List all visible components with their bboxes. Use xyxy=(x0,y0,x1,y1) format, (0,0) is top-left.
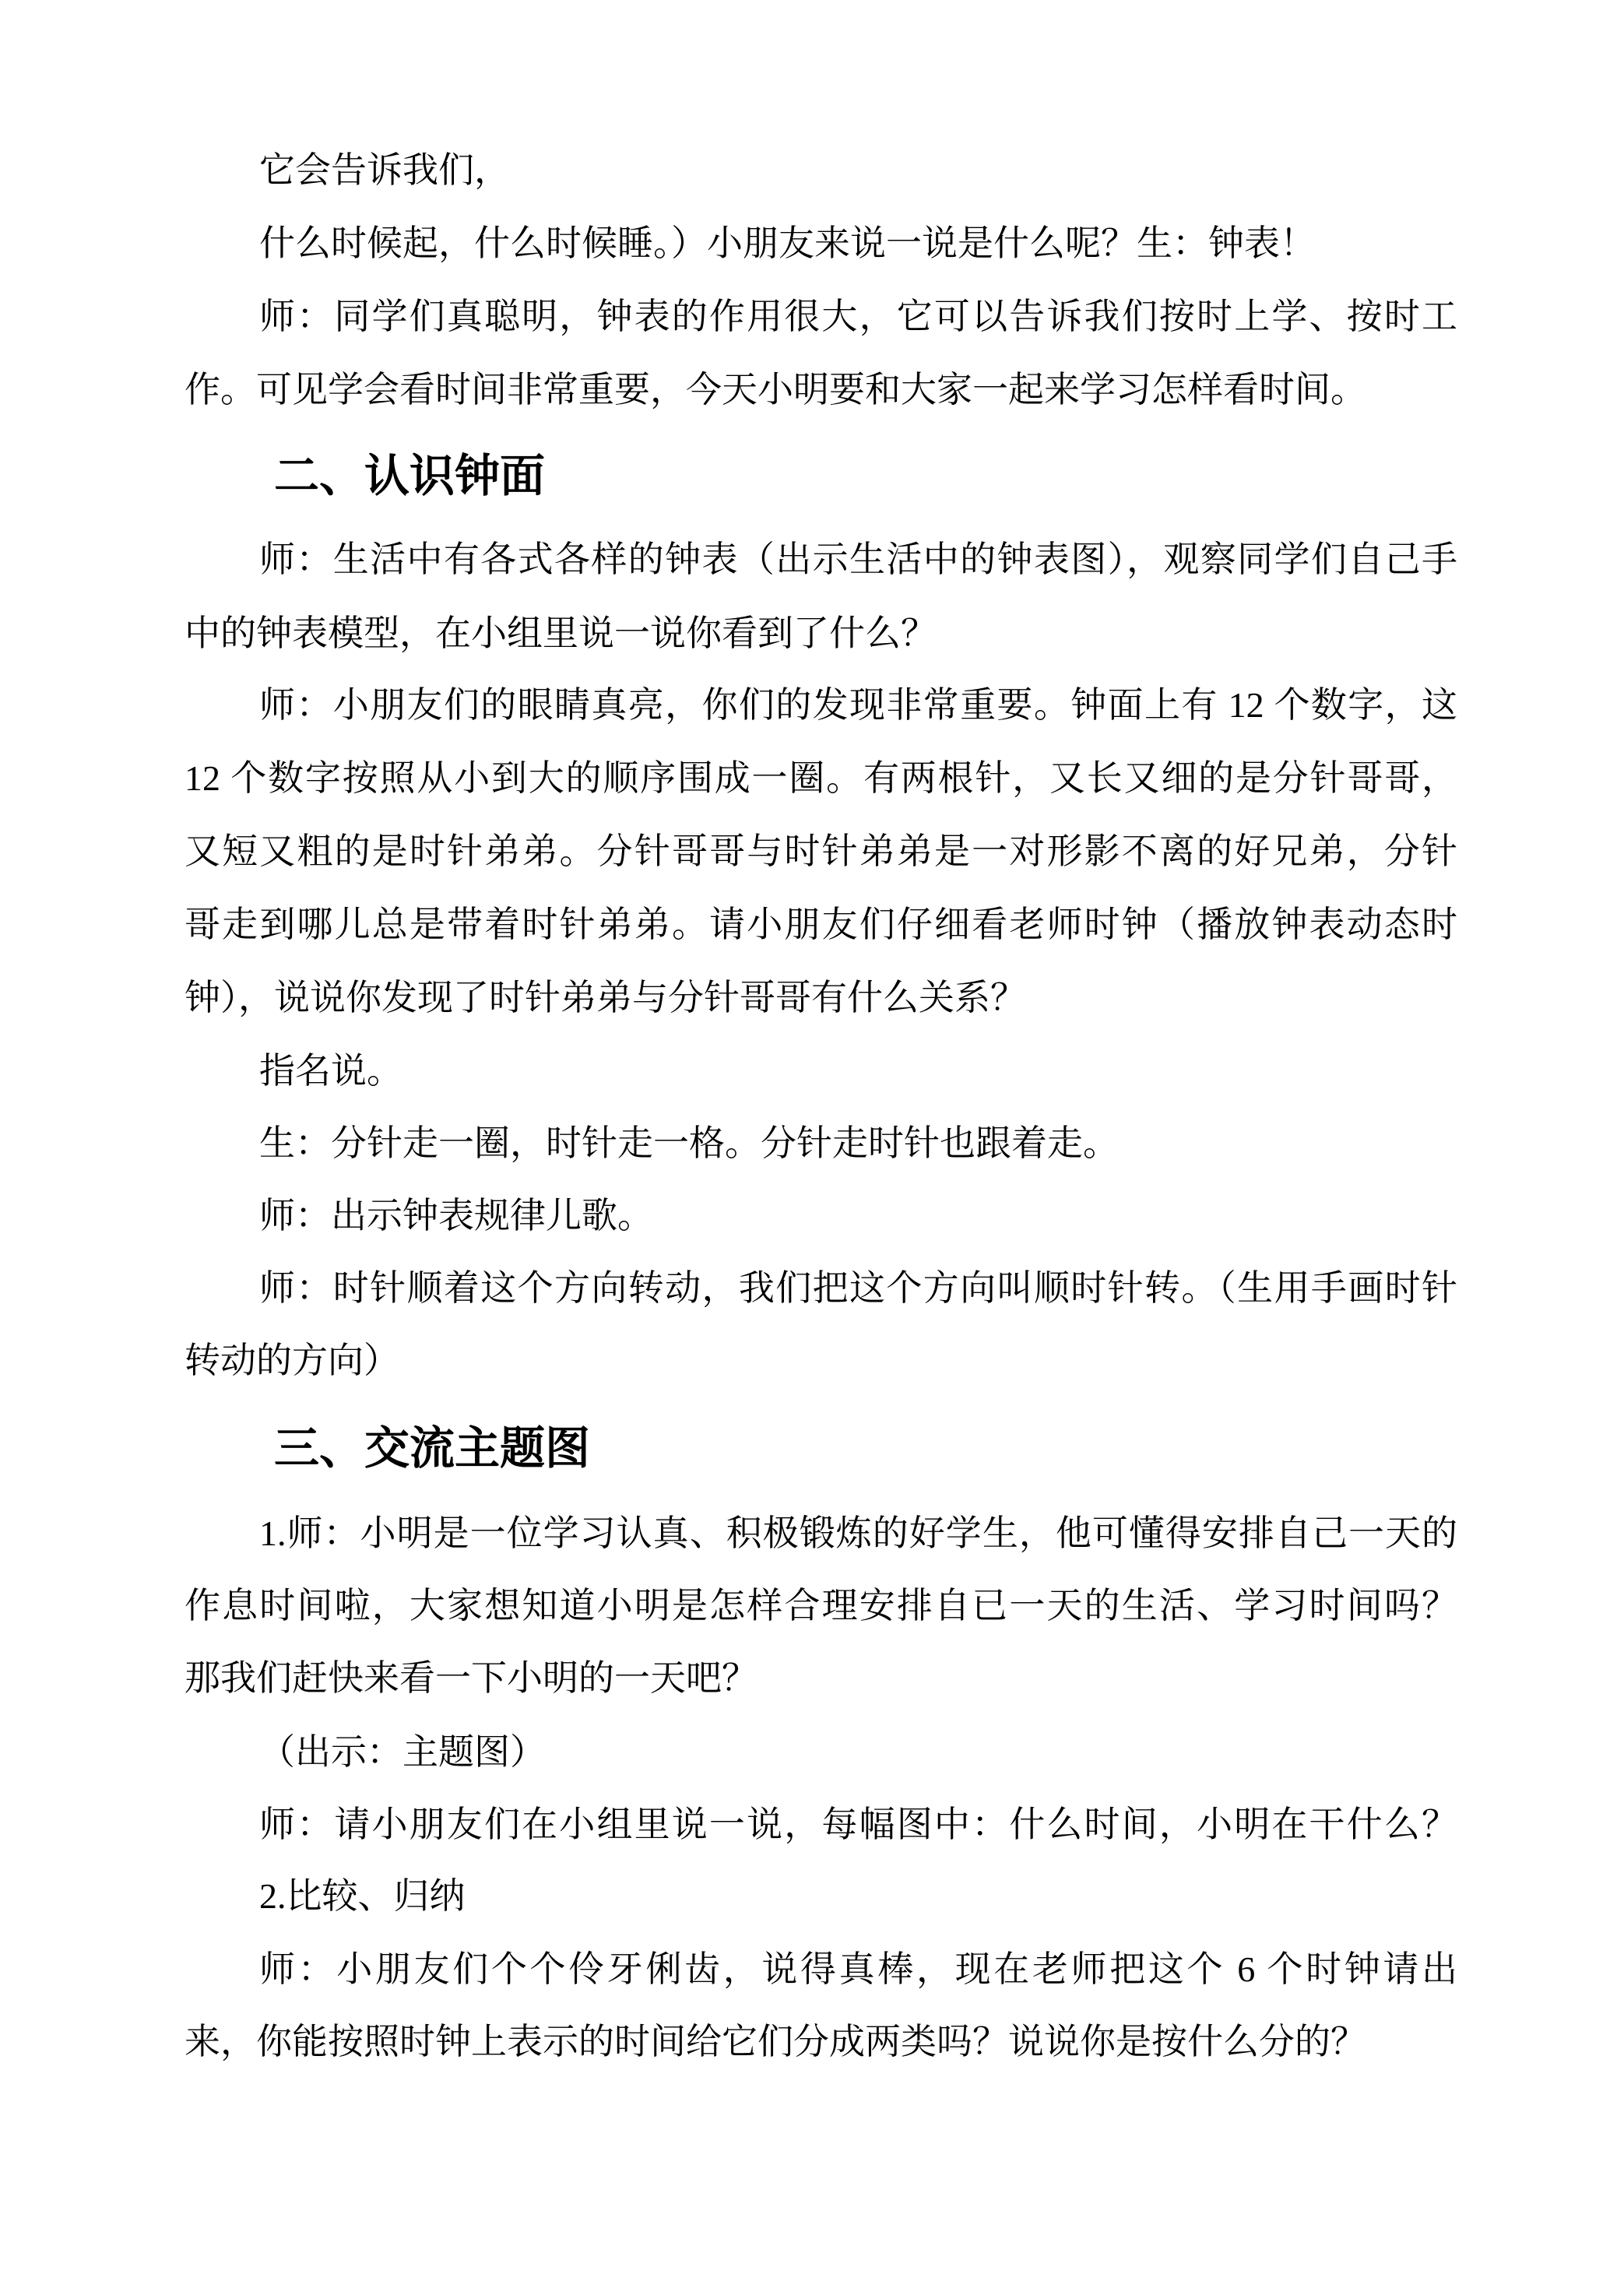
text-line: 又短又粗的是时针弟弟。分针哥哥与时针弟弟是一对形影不离的好兄弟，分针 xyxy=(185,828,1457,877)
document-page: 它会告诉我们， 什么时候起，什么时候睡。）小朋友来说一说是什么呢？生：钟表！ 师… xyxy=(0,0,1624,2295)
text-line: 那我们赶快来看一下小明的一天吧？ xyxy=(185,1655,758,1702)
text-line: 师：请小朋友们在小组里说一说，每幅图中：什么时间，小明在干什么？ xyxy=(259,1801,1457,1850)
text-line: 2.比较、归纳 xyxy=(259,1873,466,1920)
text-line: 师：出示钟表规律儿歌。 xyxy=(259,1193,653,1239)
text-line: （出示：主题图） xyxy=(259,1729,546,1776)
text-line: 师：生活中有各式各样的钟表（出示生活中的钟表图），观察同学们自己手 xyxy=(259,536,1457,585)
text-line: 师：同学们真聪明，钟表的作用很大，它可以告诉我们按时上学、按时工 xyxy=(259,293,1457,342)
text-line: 指名说。 xyxy=(259,1048,402,1095)
text-line: 1.师：小明是一位学习认真、积极锻炼的好学生，他可懂得安排自己一天的 xyxy=(259,1510,1457,1559)
text-line: 12 个数字按照从小到大的顺序围成一圈。有两根针，又长又细的是分针哥哥， xyxy=(185,755,1457,803)
text-line: 中的钟表模型，在小组里说一说你看到了什么？ xyxy=(185,610,937,657)
section-heading: 二、认识钟面 xyxy=(274,449,545,504)
text-line: 师：小朋友们个个伶牙俐齿，说得真棒，现在老师把这个 6 个时钟请出 xyxy=(259,1946,1457,1995)
text-line: 师：时针顺着这个方向转动，我们把这个方向叫顺时针转。（生用手画时针 xyxy=(259,1265,1457,1313)
text-line: 什么时候起，什么时候睡。）小朋友来说一说是什么呢？生：钟表！ xyxy=(259,220,1316,267)
text-line: 钟），说说你发现了时针弟弟与分针哥哥有什么关系？ xyxy=(185,975,1026,1021)
text-line: 生：分针走一圈，时针走一格。分针走时针也跟着走。 xyxy=(259,1120,1119,1167)
text-line: 来，你能按照时钟上表示的时间给它们分成两类吗？说说你是按什么分的？ xyxy=(185,2019,1366,2065)
text-line: 哥走到哪儿总是带着时针弟弟。请小朋友们仔细看老师时钟（播放钟表动态时 xyxy=(185,901,1457,950)
text-line: 作息时间啦，大家想知道小明是怎样合理安排自已一天的生活、学习时间吗？ xyxy=(185,1583,1457,1631)
section-heading: 三、交流主题图 xyxy=(274,1422,590,1476)
text-line: 它会告诉我们， xyxy=(259,147,510,194)
text-line: 作。可见学会看时间非常重要，今天小明要和大家一起来学习怎样看时间。 xyxy=(185,367,1366,413)
text-line: 师：小朋友们的眼睛真亮，你们的发现非常重要。钟面上有 12 个数字，这 xyxy=(259,682,1457,730)
text-line: 转动的方向） xyxy=(185,1337,399,1384)
